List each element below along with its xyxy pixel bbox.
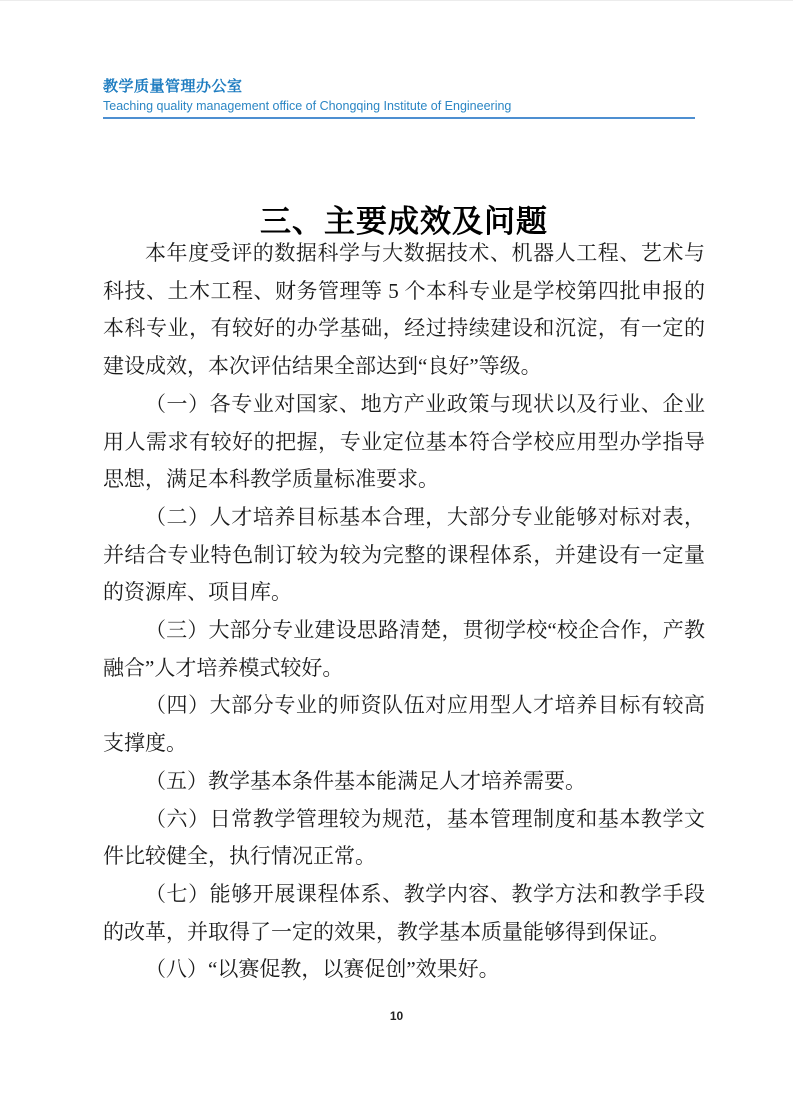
body-paragraph-5: （五）教学基本条件基本能满足人才培养需要。 (103, 763, 705, 801)
document-body: 本年度受评的数据科学与大数据技术、机器人工程、艺术与科技、土木工程、财务管理等 … (103, 235, 705, 989)
body-paragraph-7: （七）能够开展课程体系、教学内容、教学方法和教学手段的改革，并取得了一定的效果，… (103, 876, 705, 951)
body-paragraph-6: （六）日常教学管理较为规范，基本管理制度和基本教学文件比较健全，执行情况正常。 (103, 801, 705, 876)
body-paragraph-1: （一）各专业对国家、地方产业政策与现状以及行业、企业用人需求有较好的把握，专业定… (103, 386, 705, 499)
page-number: 10 (0, 1009, 793, 1023)
body-paragraph-intro: 本年度受评的数据科学与大数据技术、机器人工程、艺术与科技、土木工程、财务管理等 … (103, 235, 705, 386)
document-page: 教学质量管理办公室 Teaching quality management of… (0, 0, 793, 1097)
body-paragraph-2: （二）人才培养目标基本合理，大部分专业能够对标对表，并结合专业特色制订较为较为完… (103, 499, 705, 612)
body-paragraph-3: （三）大部分专业建设思路清楚，贯彻学校“校企合作，产教融合”人才培养模式较好。 (103, 612, 705, 687)
body-paragraph-4: （四）大部分专业的师资队伍对应用型人才培养目标有较高支撑度。 (103, 687, 705, 762)
header-title-en: Teaching quality management office of Ch… (103, 99, 695, 113)
header-title-zh: 教学质量管理办公室 (103, 75, 695, 96)
body-paragraph-8: （八）“以赛促教，以赛促创”效果好。 (103, 951, 705, 989)
header-rule (103, 117, 695, 119)
